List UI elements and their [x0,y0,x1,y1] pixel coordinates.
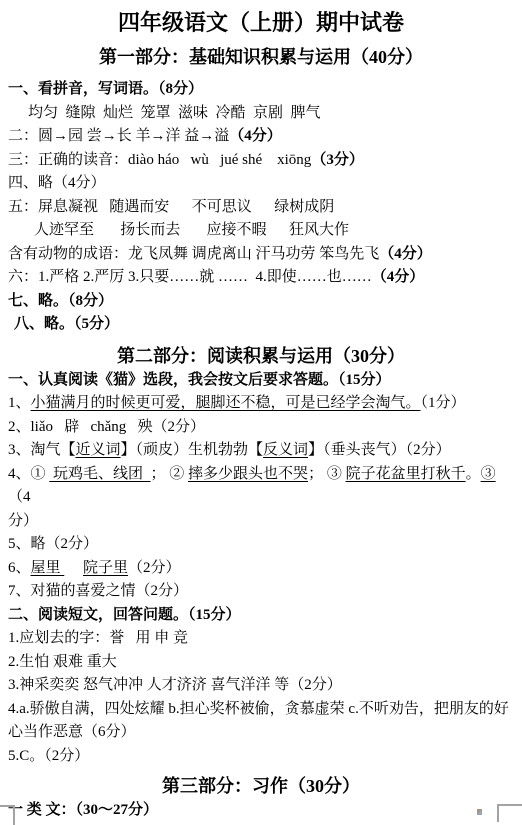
part1-header: 第一部分：基础知识积累与运用（40分） [8,44,514,70]
part2-s1q2-line: 2、liǎo 辟 chǎng 殃（2分） [8,416,514,440]
q2-score: （4分） [229,128,282,144]
part2-header: 第二部分：阅读积累与运用（30分） [8,343,514,369]
s1q6-gap [64,560,83,576]
s1q4-answer3: 院子花盆里打秋千 [346,466,466,482]
crop-mark-bottom-right-horizontal [497,804,522,806]
part2-s1q3-line: 3、淘气【近义词】（顽皮）生机勃勃【反义词】（垂头丧气）（2分） [8,439,514,463]
q5-row3-text: 含有动物的成语：龙飞凤舞 调虎离山 汗马功劳 笨鸟先飞 [8,246,379,262]
part2-s2q5-line: 5.C。（2分） [8,745,514,769]
s1q4-c: ； ③ [308,466,346,482]
part1-q5-row3: 含有动物的成语：龙飞凤舞 调虎离山 汗马功劳 笨鸟先飞（4分） [8,243,514,267]
s1q4-answer4: ③ [481,466,496,482]
s1q4-a: 4、① [8,466,49,482]
q5-row3-score: （4分） [379,246,432,262]
part1-q2-line: 二：圆→园 尝→长 羊→洋 益→溢（4分） [8,125,514,149]
part2-s1q7-line: 7、对猫的喜爱之情（2分） [8,580,514,604]
part2-s2q4-line1: 4.a.骄傲自满，四处炫耀 b.担心奖杯被偷，贪慕虚荣 c.不听劝告，把朋友的好 [8,698,514,722]
page-title: 四年级语文（上册）期中试卷 [8,8,514,38]
part2-s1q6-line: 6、屋里 院子里（2分） [8,557,514,581]
part2-s2q2-line: 2.生怕 艰难 重大 [8,651,514,675]
s1q3-c: 】（垂头丧气）（2分） [308,442,451,458]
q3-score: （3分） [311,152,364,168]
q6-score: （4分） [372,269,425,285]
part1-q7-line: 七、略。（8分） [8,290,514,314]
part2-s1q1-line: 1、小猫满月的时候更可爱，腿脚还不稳，可是已经学会淘气。（1分） [8,392,514,416]
part1-q8-line: 八、略。（5分） [8,313,514,337]
part3-header: 第三部分：习作（30分） [8,773,514,799]
part2-s2q1-line: 1.应划去的字：誉 用 申 竞 [8,627,514,651]
crop-mark-bottom-right-vertical [497,804,499,822]
q3-text: 三：正确的读音：diào háo wù jué shé xiōng [8,152,311,168]
s1q3-b: 】（顽皮）生机勃勃【 [121,442,264,458]
part1-q1-line: 一、看拼音，写词语。（8分） [8,78,514,102]
s1q3-a: 3、淘气【 [8,442,76,458]
s1q3-antonym-label: 反义词 [263,442,308,458]
part2-s1q4-line1: 4、① 玩鸡毛、线团 ； ② 摔多少跟头也不哭； ③ 院子花盆里打秋千。③（4 [8,463,514,510]
part3-grade1-line: 一 类 文：（30～27分） [8,799,514,823]
s1q4-score-open: （4 [8,489,31,505]
part2-s2-header: 二、阅读短文，回答问题。（15分） [8,604,514,628]
s1q4-d: 。 [466,466,481,482]
s1q1-pre: 1、 [8,395,31,411]
part1-q5-row2: 人迹罕至 扬长而去 应接不暇 狂风大作 [8,219,514,243]
part1-q1-words: 均匀 缝隙 灿烂 笼罩 滋味 冷酷 京剧 脾气 [8,102,514,126]
s1q3-synonym-label: 近义词 [76,442,121,458]
part2-s2q3-line: 3.神采奕奕 怒气冲冲 人才济济 喜气洋洋 等（2分） [8,674,514,698]
crop-mark-bottom-left-horizontal [0,805,14,807]
part1-q3-line: 三：正确的读音：diào háo wù jué shé xiōng（3分） [8,149,514,173]
s1q6-answer1: 屋里 [31,560,65,576]
print-artifact-speck [477,809,482,815]
part2-s1-header: 一、认真阅读《猫》选段，我会按文后要求答题。（15分） [8,369,514,393]
crop-mark-bottom-left-vertical [13,805,15,825]
part2-s2q4-line2: 心当作恶意（6分） [8,721,514,745]
document-page: 四年级语文（上册）期中试卷 第一部分：基础知识积累与运用（40分） 一、看拼音，… [0,0,522,825]
q6-text: 六：1.严格 2.严厉 3.只要……就 …… 4.即使……也…… [8,269,372,285]
s1q1-score: （1分） [421,395,466,411]
q2-text: 二：圆→园 尝→长 羊→洋 益→溢 [8,128,229,144]
part1-q6-line: 六：1.严格 2.严厉 3.只要……就 …… 4.即使……也……（4分） [8,266,514,290]
part1-q5-row1: 五：屏息凝视 随遇而安 不可思议 绿树成阴 [8,196,514,220]
s1q6-score: （2分） [128,560,181,576]
part2-s1q4-line2: 分） [8,510,514,534]
part1-q4-line: 四、略（4分） [8,172,514,196]
s1q1-underlined-answer: 小猫满月的时候更可爱，腿脚还不稳，可是已经学会淘气。 [31,395,421,411]
s1q6-answer2: 院子里 [83,560,128,576]
s1q4-b: ； ② [151,466,189,482]
s1q4-answer2: 摔多少跟头也不哭 [188,466,308,482]
s1q4-answer1: 玩鸡毛、线团 [49,466,150,482]
part2-s1q5-line: 5、略（2分） [8,533,514,557]
s1q6-pre: 6、 [8,560,31,576]
